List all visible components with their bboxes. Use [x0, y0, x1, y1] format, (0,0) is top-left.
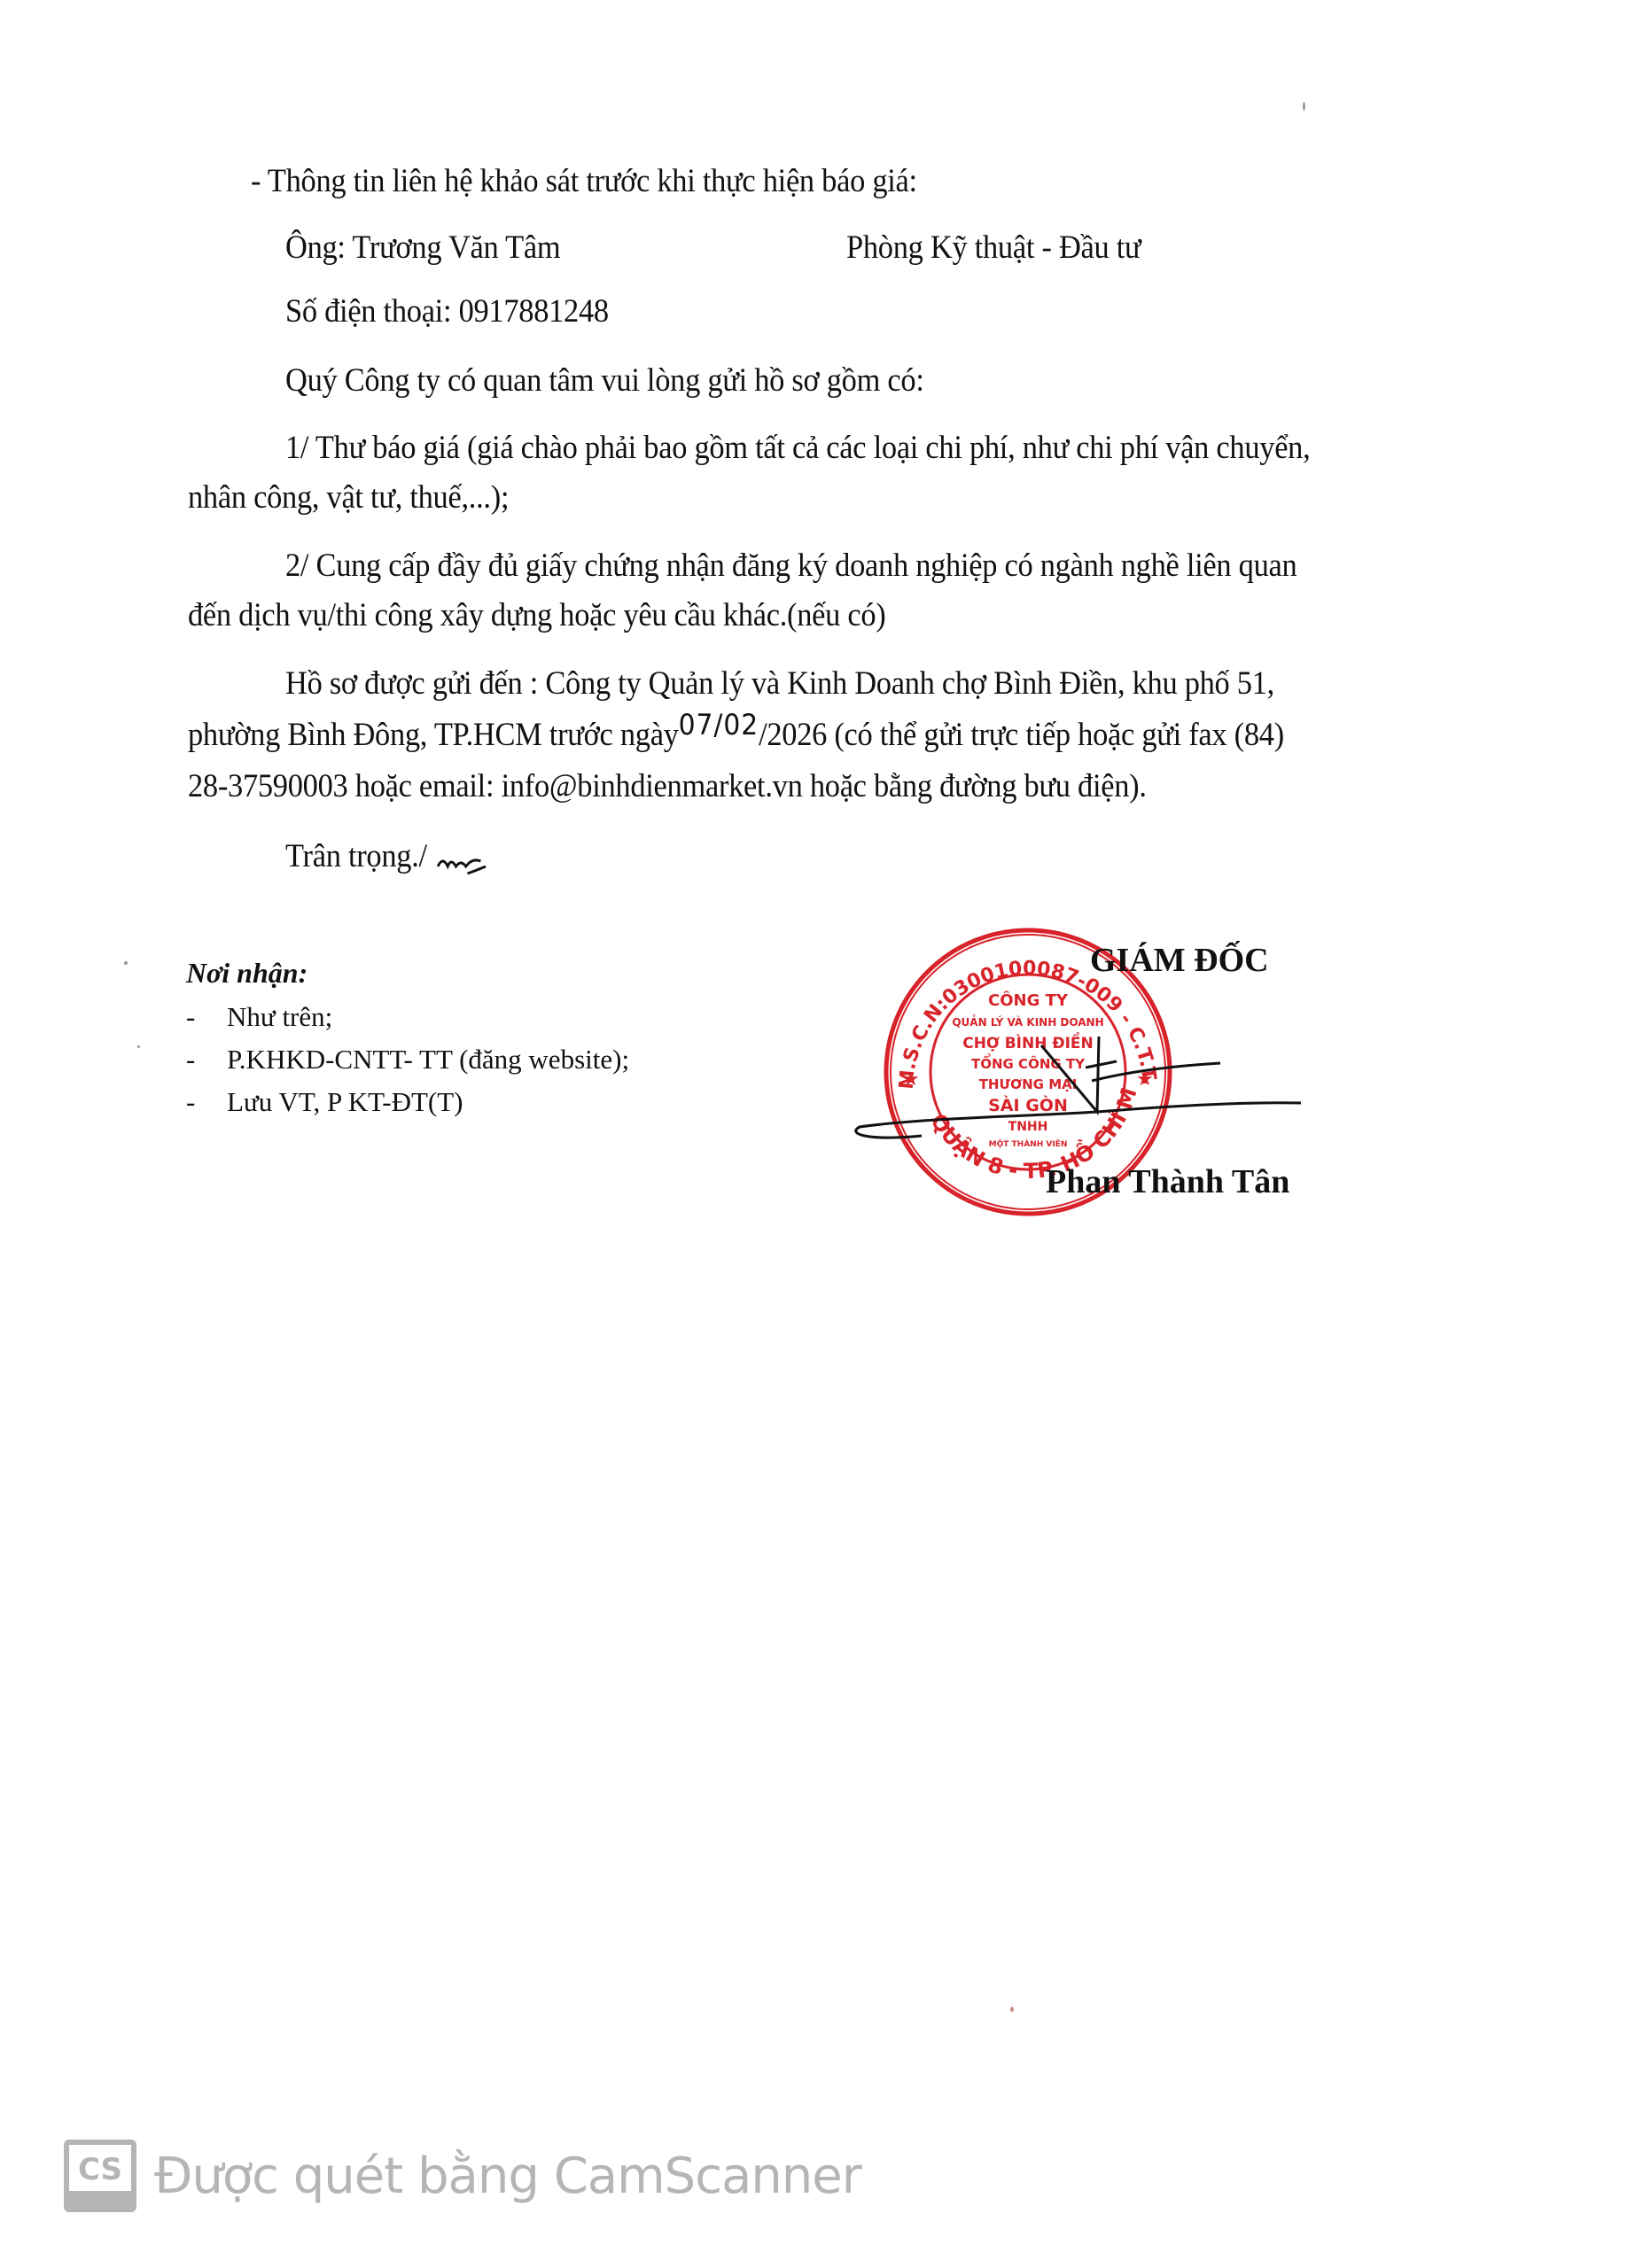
handwritten-date: 07/02	[679, 708, 759, 742]
scan-speck	[124, 961, 128, 965]
item1-line1: 1/ Thư báo giá (giá chào phải bao gồm tấ…	[285, 429, 1310, 467]
item2-line2: đến dịch vụ/thi công xây dựng hoặc yêu c…	[188, 596, 885, 634]
contact-person: Ông: Trương Văn Tâm	[285, 229, 560, 267]
scan-speck	[1303, 102, 1305, 111]
request-intro: Quý Công ty có quan tâm vui lòng gửi hồ …	[285, 361, 924, 400]
contact-department: Phòng Kỹ thuật - Đầu tư	[846, 229, 1141, 267]
contact-intro: - Thông tin liên hệ khảo sát trước khi t…	[251, 162, 917, 200]
submit-line2-post: /2026 (có thể gửi trực tiếp hoặc gửi fax…	[759, 717, 1284, 753]
submit-line2-pre: phường Bình Đông, TP.HCM trước ngày	[188, 717, 679, 753]
scan-speck	[1010, 2007, 1014, 2012]
submit-line1: Hồ sơ được gửi đến : Công ty Quản lý và …	[285, 664, 1274, 703]
camscanner-logo-icon: CS	[64, 2140, 136, 2212]
signatory-title: GIÁM ĐỐC	[1090, 941, 1269, 980]
signatory-name: Phan Thành Tân	[1046, 1162, 1289, 1201]
recipients-title: Nơi nhận:	[186, 957, 308, 990]
scan-speck	[137, 1045, 140, 1048]
submit-line3: 28-37590003 hoặc email: info@binhdienmar…	[188, 767, 1147, 805]
watermark-text: Được quét bằng CamScanner	[154, 2148, 861, 2205]
initials-scribble-icon	[434, 843, 492, 879]
recipient-item: -Như trên;	[186, 1001, 332, 1033]
recipient-item: -P.KHKD-CNTT- TT (đăng website);	[186, 1044, 629, 1076]
submit-line2: phường Bình Đông, TP.HCM trước ngày07/02…	[188, 716, 1284, 754]
camscanner-watermark: CS Được quét bằng CamScanner	[64, 2140, 861, 2212]
closing: Trân trọng./	[285, 837, 492, 879]
handwritten-signature-icon	[851, 1019, 1436, 1178]
item1-line2: nhân công, vật tư, thuế,...);	[188, 478, 509, 517]
closing-text: Trân trọng./	[285, 838, 427, 874]
contact-phone: Số điện thoại: 0917881248	[285, 292, 609, 330]
svg-text:CÔNG TY: CÔNG TY	[988, 990, 1069, 1010]
item2-line1: 2/ Cung cấp đầy đủ giấy chứng nhận đăng …	[285, 547, 1296, 585]
recipient-item: -Lưu VT, P KT-ĐT(T)	[186, 1086, 463, 1118]
